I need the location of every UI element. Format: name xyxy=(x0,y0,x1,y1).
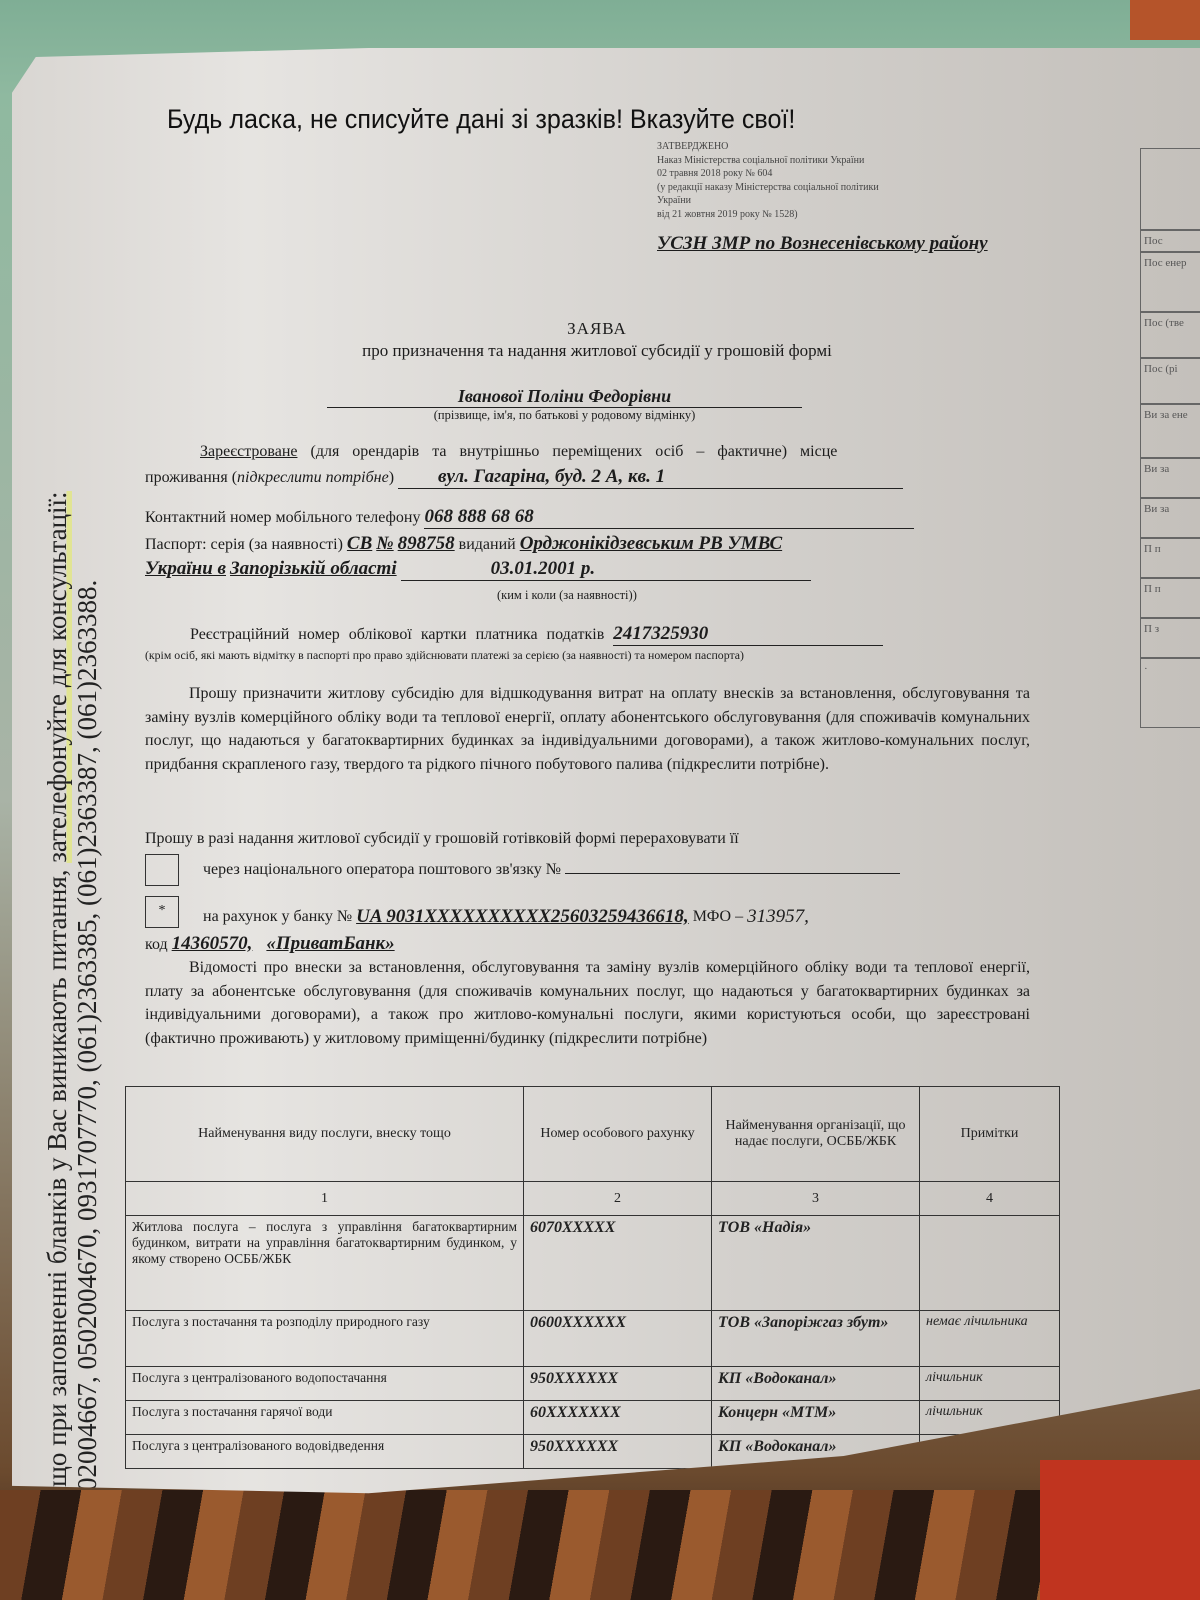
approval-line: (у редакції наказу Міністерства соціальн… xyxy=(657,181,997,195)
adjacent-cell: П з xyxy=(1140,618,1200,658)
column-header: Найменування виду послуги, внеску тощо xyxy=(126,1087,524,1182)
column-number: 2 xyxy=(524,1182,712,1216)
form-title: ЗАЯВА xyxy=(142,318,1052,340)
approval-line: України xyxy=(657,194,997,208)
approval-line: від 21 жовтня 2019 року № 1528) xyxy=(657,208,997,222)
issued-by-field[interactable]: Запорізькій області xyxy=(230,558,397,579)
passport-number-field[interactable]: 898758 xyxy=(398,533,455,554)
organization-field[interactable]: ТОВ «Запоріжгаз збут» xyxy=(712,1311,920,1367)
residence-label-text: (для орендарів та внутрішньо переміщених… xyxy=(297,443,837,460)
form-title-block: ЗАЯВА про призначення та надання житлово… xyxy=(142,318,1052,362)
tax-label: Реєстраційний номер облікової картки пла… xyxy=(190,626,604,643)
residence-field[interactable]: вул. Гагаріна, буд. 2 А, кв. 1 xyxy=(398,466,903,489)
adjacent-cell: Пос xyxy=(1140,230,1200,252)
organization-field[interactable]: ТОВ «Надія» xyxy=(712,1216,920,1311)
post-option-checkbox[interactable] xyxy=(145,854,179,886)
column-number-row: 1 2 3 4 xyxy=(126,1182,1060,1216)
consultation-note-highlight: зателефонуйте для консультації: xyxy=(42,491,72,862)
note-field[interactable]: лічильник xyxy=(920,1367,1060,1401)
residence-line: проживання (підкреслити потрібне) вул. Г… xyxy=(145,466,903,489)
background-fabric xyxy=(1130,0,1200,40)
form-subtitle: про призначення та надання житлової субс… xyxy=(142,340,1052,362)
mfo-field[interactable]: 313957, xyxy=(747,906,809,927)
adjacent-cell: Ви за xyxy=(1140,458,1200,498)
phone-label: Контактний номер мобільного телефону xyxy=(145,509,420,526)
application-form-page: Будь ласка, не списуйте дані зі зразків!… xyxy=(12,48,1200,1538)
registered-option[interactable]: Зареєстроване xyxy=(200,443,297,460)
column-header: Номер особового рахунку xyxy=(524,1087,712,1182)
adjacent-cell xyxy=(1140,148,1200,230)
table-header-row: Найменування виду послуги, внеску тощо Н… xyxy=(126,1087,1060,1182)
post-option: через національного оператора поштового … xyxy=(145,854,900,886)
phone-line: Контактний номер мобільного телефону 068… xyxy=(145,506,914,529)
residence-label-text: проживання ( xyxy=(145,469,237,486)
consultation-phones: 0502004667, 0502004670, 0931707770, (061… xyxy=(72,491,102,1518)
service-name: Послуга з постачання гарячої води xyxy=(126,1401,524,1435)
approval-line: 02 травня 2018 року № 604 xyxy=(657,167,997,181)
note-field[interactable]: немає лічильника xyxy=(920,1311,1060,1367)
service-name: Житлова послуга – послуга з управління б… xyxy=(126,1216,524,1311)
applicant-name-hint: (прізвище, ім'я, по батькові у родовому … xyxy=(327,408,802,423)
recipient-authority[interactable]: УСЗН ЗМР по Вознесенівському району xyxy=(657,232,997,256)
post-option-label: через національного оператора поштового … xyxy=(203,861,561,878)
tax-number-field[interactable]: 2417325930 xyxy=(613,623,883,646)
post-operator-field[interactable] xyxy=(565,855,900,874)
adjacent-cell: Пос енер xyxy=(1140,252,1200,312)
account-number-field[interactable]: 6070XXXXX xyxy=(524,1216,712,1311)
approval-stamp: ЗАТВЕРДЖЕНО Наказ Міністерства соціально… xyxy=(657,140,997,221)
consultation-note: Якщо при заповненні бланків у Вас виника… xyxy=(42,491,102,1518)
bank-option: * на рахунок у банку № UA 9031XXXXXXXXXX… xyxy=(145,896,809,928)
phone-field[interactable]: 068 888 68 68 xyxy=(424,506,914,529)
consultation-note-text: Якщо при заповненні бланків у Вас виника… xyxy=(42,863,72,1518)
residence-hint: підкреслити потрібне xyxy=(237,469,389,486)
adjacent-cell: П п xyxy=(1140,578,1200,618)
issued-by-field[interactable]: України в xyxy=(145,558,226,579)
bank-option-label: на рахунок у банку № xyxy=(203,908,352,925)
code-label: код xyxy=(145,936,168,953)
column-number: 3 xyxy=(712,1182,920,1216)
note-field[interactable] xyxy=(920,1435,1060,1469)
approval-line: Наказ Міністерства соціальної політики У… xyxy=(657,154,997,168)
tax-hint: (крім осіб, які мають відмітку в паспорт… xyxy=(145,648,744,663)
warning-banner: Будь ласка, не списуйте дані зі зразків!… xyxy=(167,104,795,135)
mfo-label: МФО – xyxy=(693,908,743,925)
adjacent-cell: П п xyxy=(1140,538,1200,578)
applicant-name-block: Іванової Поліни Федорівни (прізвище, ім'… xyxy=(327,386,802,423)
table-row: Житлова послуга – послуга з управління б… xyxy=(126,1216,1060,1311)
issued-hint: (ким і коли (за наявності)) xyxy=(497,588,637,603)
account-number-field[interactable]: 60XXXXXXX xyxy=(524,1401,712,1435)
service-name: Послуга з постачання та розподілу природ… xyxy=(126,1311,524,1367)
service-name: Послуга з централізованого водопостачанн… xyxy=(126,1367,524,1401)
issued-label: виданий xyxy=(459,536,516,553)
adjacent-cell: Ви за ене xyxy=(1140,404,1200,458)
transfer-label: Прошу в разі надання житлової субсидії у… xyxy=(145,828,739,850)
bank-name-field[interactable]: «ПриватБанк» xyxy=(266,933,394,954)
applicant-name-field[interactable]: Іванової Поліни Федорівни xyxy=(327,386,802,408)
column-header: Примітки xyxy=(920,1087,1060,1182)
adjacent-cell: Пос (рі xyxy=(1140,358,1200,404)
request-paragraph: Прошу призначити житлову субсидію для ві… xyxy=(145,682,1030,776)
table-row: Послуга з централізованого водопостачанн… xyxy=(126,1367,1060,1401)
adjacent-page-table: Пос Пос енер Пос (тве Пос (рі Ви за ене … xyxy=(1140,148,1200,728)
services-paragraph: Відомості про внески за встановлення, об… xyxy=(145,956,1030,1050)
column-header: Найменування організації, що надає послу… xyxy=(712,1087,920,1182)
organization-field[interactable]: КП «Водоканал» xyxy=(712,1367,920,1401)
tax-line: Реєстраційний номер облікової картки пла… xyxy=(190,623,883,646)
adjacent-cell: · xyxy=(1140,658,1200,728)
approval-label: ЗАТВЕРДЖЕНО xyxy=(657,140,997,154)
passport-label: Паспорт: серія (за наявності) xyxy=(145,536,343,553)
passport-series-field[interactable]: СВ xyxy=(347,533,372,554)
bank-code-field[interactable]: 14360570, xyxy=(172,933,253,954)
service-name: Послуга з централізованого водовідведенн… xyxy=(126,1435,524,1469)
passport-no-label: № xyxy=(376,533,393,554)
account-number-field[interactable]: 950XXXXXX xyxy=(524,1435,712,1469)
table-row: Послуга з постачання та розподілу природ… xyxy=(126,1311,1060,1367)
background-fabric xyxy=(1040,1460,1200,1600)
bank-account-field[interactable]: UA 9031XXXXXXXXXX25603259436618, xyxy=(356,906,689,927)
background-fabric xyxy=(0,1490,1200,1600)
passport-line: Паспорт: серія (за наявності) СВ № 89875… xyxy=(145,533,782,556)
note-field[interactable] xyxy=(920,1216,1060,1311)
bank-code-line: код 14360570, «ПриватБанк» xyxy=(145,933,395,956)
adjacent-cell: Ви за xyxy=(1140,498,1200,538)
issued-date-field[interactable]: 03.01.2001 р. xyxy=(401,558,811,581)
table-row: Послуга з централізованого водовідведенн… xyxy=(126,1435,1060,1469)
adjacent-cell: Пос (тве xyxy=(1140,312,1200,358)
column-number: 1 xyxy=(126,1182,524,1216)
account-number-field[interactable]: 950XXXXXX xyxy=(524,1367,712,1401)
table-row: Послуга з постачання гарячої води 60XXXX… xyxy=(126,1401,1060,1435)
services-table: Найменування виду послуги, внеску тощо Н… xyxy=(125,1086,1060,1469)
residence-label-line1: Зареєстроване (для орендарів та внутрішн… xyxy=(200,441,1030,463)
issued-by-field[interactable]: Орджонікідзевським РВ УМВС xyxy=(520,533,782,554)
organization-field[interactable]: Концерн «МТМ» xyxy=(712,1401,920,1435)
note-field[interactable]: лічильник xyxy=(920,1401,1060,1435)
account-number-field[interactable]: 0600XXXXXX xyxy=(524,1311,712,1367)
organization-field[interactable]: КП «Водоканал» xyxy=(712,1435,920,1469)
passport-line-2: України в Запорізькій області 03.01.2001… xyxy=(145,558,811,581)
column-number: 4 xyxy=(920,1182,1060,1216)
bank-option-checkbox[interactable]: * xyxy=(145,896,179,928)
